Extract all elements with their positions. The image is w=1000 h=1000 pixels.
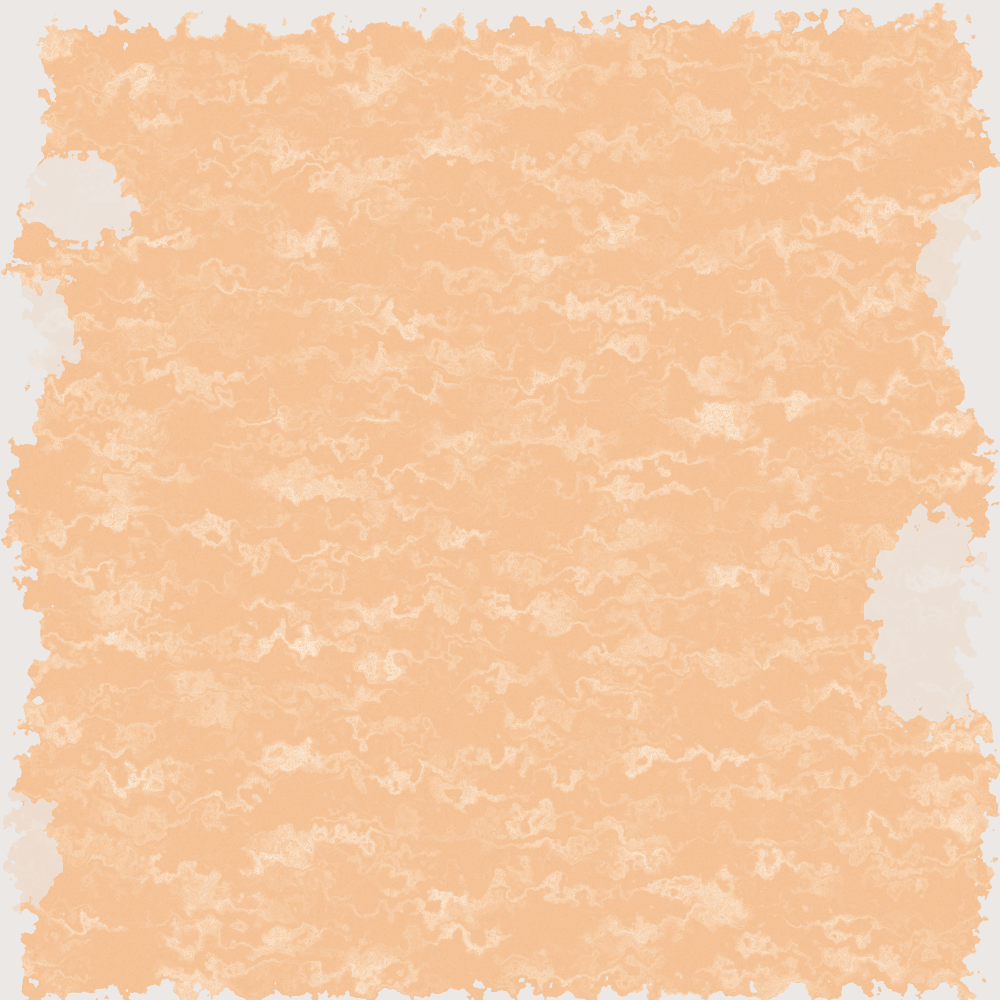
pastel-texture-image [0, 0, 1000, 1000]
pastel-swatch [0, 0, 1000, 1000]
